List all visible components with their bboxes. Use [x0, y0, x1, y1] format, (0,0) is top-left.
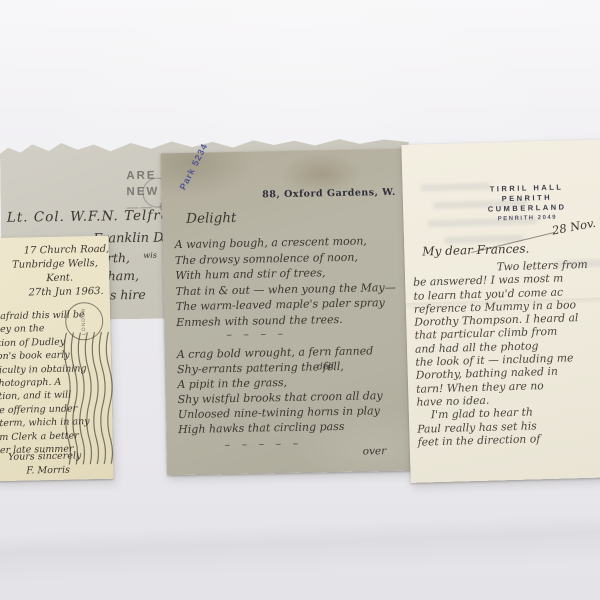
- postcard-address: 17 Church Road,Tunbridge Wells,Kent.27th…: [0, 243, 110, 301]
- envelope-address-fragment: ham,: [108, 268, 140, 283]
- poem-title: Delight: [186, 210, 237, 227]
- poem-letter: Park 5234 88, Oxford Gardens, W. Delight…: [161, 149, 411, 476]
- poem-separator: – – – – –: [224, 437, 302, 451]
- postcard-address-line: Kent.: [46, 271, 110, 286]
- postcard-closing: Yours sincerely: [8, 450, 81, 463]
- postmark-city-label: LONDON: [81, 308, 88, 336]
- photo-of-letters: ARE YOU ON THE NEW VOTERS LISTS ? —— CHE…: [0, 0, 600, 600]
- poem-stanza-1: A waving bough, a crescent moon,The drow…: [175, 233, 397, 330]
- postcard-signature: F. Morris: [26, 465, 70, 477]
- poem-stanza-2: A crag bold wrought, a fern fannedShy-er…: [177, 343, 384, 437]
- page-turn-note: over: [363, 445, 387, 457]
- letter-body: Two letters frombe answered! I was most …: [413, 256, 600, 449]
- poem-separator: – – – –: [226, 327, 287, 341]
- postcard: 17 Church Road,Tunbridge Wells,Kent.27th…: [0, 236, 114, 481]
- salutation: My dear Frances.: [422, 241, 529, 258]
- envelope-address-line: Lt. Col. W.F.N. Telfree,: [7, 207, 184, 225]
- oxford-gardens-letterhead: 88, Oxford Gardens, W.: [262, 187, 396, 201]
- postcard-address-line: Tunbridge Wells,: [12, 257, 110, 273]
- tirril-hall-letter: TIRRIL HALLPENRITHCUMBERLANDPENRITH 2049…: [401, 139, 600, 483]
- poem-line: High hawks that circling pass: [178, 418, 383, 437]
- poem-inserted-word: dell: [317, 362, 334, 372]
- postcard-address-line: 27th Jun 1963.: [28, 285, 110, 301]
- envelope-address-fragment: wis: [143, 251, 157, 260]
